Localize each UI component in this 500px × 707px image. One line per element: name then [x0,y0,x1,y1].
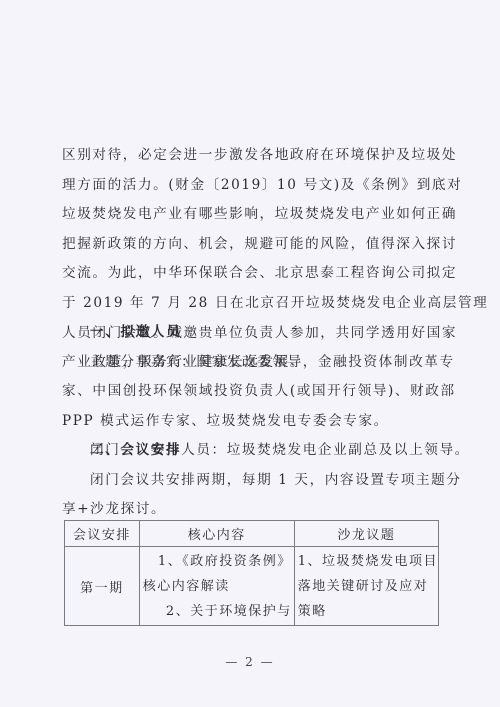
table-row: 第一期 1、《政府投资条例》 核心内容解读 2、关于环境保护与 1、垃圾焚烧发电… [65,547,439,626]
section-2-heading: 二、会议安排 [62,436,440,466]
text-line: 于 2019 年 7 月 28 日在北京召开垃圾焚烧发电企业高层管理 [62,289,440,319]
salon-topic-cell: 1、垃圾焚烧发电项目 落地关键研讨及应对 策略 [294,547,438,626]
text-line: PPP 模式运作专家、垃圾焚烧发电专委会专家。 [62,407,440,437]
page-number: — 2 — [0,655,500,669]
period-cell: 第一期 [65,547,140,626]
text-line: 主题分享嘉宾：国家发改委领导，金融投资体制改革专 [62,348,440,378]
text-line: 垃圾焚烧发电产业有哪些影响，垃圾焚烧发电产业如何正确 [62,200,440,230]
cell-line: 策略 [295,599,438,624]
section-2: 二、会议安排 闭门会议共安排两期，每期 1 天，内容设置专项主题分 享+沙龙探讨… [62,436,440,525]
text-line: 把握新政策的方向、机会，规避可能的风险，值得深入探讨 [62,230,440,260]
text-line: 交流。为此，中华环保联合会、北京思泰工程咨询公司拟定 [62,259,440,289]
table-header-row: 会议安排 核心内容 沙龙议题 [65,521,439,547]
cell-line: 1、《政府投资条例》 [140,549,294,574]
document-page: 区别对待，必定会进一步激发各地政府在环境保护及垃圾处 理方面的活力。(财金〔20… [0,0,500,707]
text-line: 家、中国创投环保领域投资负责人(或国开行领导)、财政部 [62,377,440,407]
cell-line: 落地关键研讨及应对 [295,574,438,599]
text-line: 区别对待，必定会进一步激发各地政府在环境保护及垃圾处 [62,141,440,171]
header-core-content: 核心内容 [139,521,294,547]
text-line: 理方面的活力。(财金〔2019〕10 号文)及《条例》到底对 [62,171,440,201]
schedule-table: 会议安排 核心内容 沙龙议题 第一期 1、《政府投资条例》 核心内容解读 2、关… [64,520,439,626]
text-line: 闭门会议共安排两期，每期 1 天，内容设置专项主题分 [62,466,440,496]
cell-line: 2、关于环境保护与 [140,599,294,624]
header-arrangement: 会议安排 [65,521,140,547]
section-1-heading: 一、拟邀人员 [62,318,440,348]
cell-line: 1、垃圾焚烧发电项目 [295,549,438,574]
core-content-cell: 1、《政府投资条例》 核心内容解读 2、关于环境保护与 [139,547,294,626]
cell-line: 核心内容解读 [140,574,294,599]
header-salon-topic: 沙龙议题 [294,521,438,547]
